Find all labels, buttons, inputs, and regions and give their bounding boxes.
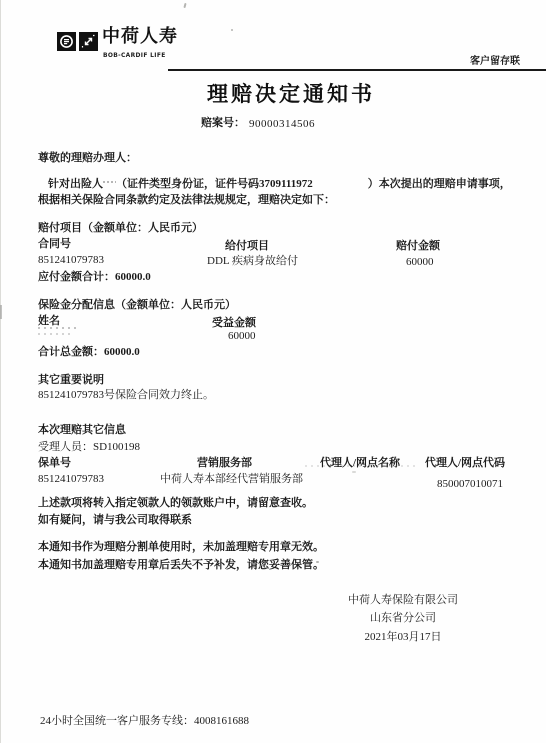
signature-date: 2021年03月17日 (318, 628, 488, 646)
notice-keep-safe: 本通知书加盖理赔专用章后丢失不予补发，请您妥善保管。 (38, 559, 324, 572)
claim-col-agent-code: 代理人/网点代码 (425, 457, 505, 470)
service-dept: 中荷人寿本部经代营销服务部 (160, 473, 303, 486)
intro-part-3: ）本次提出的理赔申请事项， (368, 178, 511, 190)
case-no-value: 90000314506 (249, 118, 315, 131)
policy-no: 851241079783 (38, 473, 104, 486)
agent-code: 850007010071 (437, 478, 503, 491)
payment-col-contract: 合同号 (38, 238, 71, 251)
payment-section-heading: 赔付项目（金额单位：人民币元） (38, 222, 203, 235)
copy-label: 客户留存联 (470, 55, 520, 68)
payment-contract-no: 851241079783 (38, 254, 104, 267)
payment-amount: 60000 (406, 256, 434, 269)
case-no-label: 赔案号： (201, 117, 245, 130)
scan-edge-mark (0, 305, 2, 319)
allocation-amount-label: 受益金额 (212, 317, 256, 330)
footer-hotline: 24小时全国统一客户服务专线：4008161688 (40, 715, 249, 728)
other-notes-text: 851241079783号保险合同效力终止。 (38, 389, 214, 402)
notice-seal-invalid: 本通知书作为理赔分割单使用时，未加盖理赔专用章无效。 (38, 541, 324, 554)
payment-col-item: 给付项目 (225, 240, 269, 253)
intro-line-1: 针对出险人（证件类型身份证，证件号码3709111972）本次提出的理赔申请事项… (48, 178, 511, 191)
bob-logo-icon (57, 32, 76, 51)
doc-title: 理赔决定通知书 (207, 88, 375, 101)
allocation-amount: 60000 (228, 330, 256, 343)
claim-col-agent-name: 代理人/网点名称 (320, 457, 400, 470)
intro-part-1: 针对出险人 (48, 178, 103, 190)
redaction-mark-insured-name (103, 178, 116, 187)
handler-line: 受理人员：SD100198 (38, 441, 140, 454)
salutation: 尊敬的理赔办理人： (38, 152, 137, 165)
other-notes-heading: 其它重要说明 (38, 374, 104, 387)
header-rule (168, 69, 546, 71)
notice-transfer: 上述款项将转入指定领款人的领款账户中，请留意查收。 (38, 497, 313, 510)
redaction-mark-agent-name (352, 471, 356, 473)
scan-edge (0, 0, 1, 743)
notice-contact: 如有疑问，请与我公司取得联系 (38, 514, 192, 527)
company-logo (57, 32, 98, 51)
scan-speck (231, 29, 233, 31)
allocation-heading: 保险金分配信息（金额单位：人民币元） (38, 299, 236, 312)
payment-item: DDL 疾病身故给付 (207, 255, 298, 268)
signature-branch: 山东省分公司 (318, 609, 488, 627)
payment-total: 应付金额合计：60000.0 (38, 271, 151, 284)
logo-en-text: BOB-CARDIF LIFE (103, 50, 166, 61)
redaction-mark-beneficiary-name (38, 327, 80, 329)
signature-block: 中荷人寿保险有限公司 山东省分公司 2021年03月17日 (318, 591, 488, 646)
logo-cn-text: 中荷人寿 (102, 30, 178, 43)
redaction-mark-agent-name (305, 465, 415, 467)
scan-speck (183, 3, 186, 8)
intro-line-2: 根据相关保险合同条款约定及法律法规规定，理赔决定如下： (38, 194, 335, 207)
claim-col-policy: 保单号 (38, 457, 71, 470)
signature-company: 中荷人寿保险有限公司 (318, 591, 488, 609)
redaction-mark-beneficiary-name (38, 333, 72, 335)
payment-col-amount: 赔付金额 (396, 240, 440, 253)
claim-col-service-dept: 营销服务部 (197, 457, 252, 470)
allocation-total: 合计总金额：60000.0 (38, 346, 140, 359)
document-page: 中荷人寿 BOB-CARDIF LIFE 客户留存联 理赔决定通知书 赔案号： … (0, 0, 546, 743)
intro-part-2: （证件类型身份证，证件号码3709111972 (116, 178, 313, 190)
cardif-logo-icon (79, 32, 98, 51)
claim-info-heading: 本次理赔其它信息 (38, 424, 126, 437)
